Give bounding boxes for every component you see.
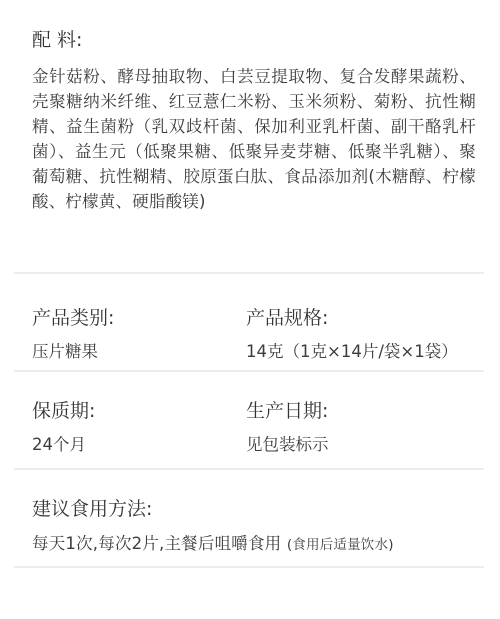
usage-text-row: 每天1次,每次2片,主餐后咀嚼食用 (食用后适量饮水)	[32, 531, 476, 558]
usage-text: 每天1次,每次2片,主餐后咀嚼食用	[32, 534, 281, 553]
spec-product-category: 产品类别: 压片糖果	[32, 306, 114, 364]
spec-label: 生产日期:	[246, 399, 329, 423]
ingredients-text: 金针菇粉、酵母抽取物、白芸豆提取物、复合发酵果蔬粉、壳聚糖纳米纤维、红豆薏仁米粉…	[32, 64, 476, 214]
divider	[14, 272, 484, 274]
spec-value: 见包装标示	[246, 433, 329, 457]
spec-production-date: 生产日期: 见包装标示	[246, 399, 329, 457]
spec-label: 产品类别:	[32, 306, 114, 330]
usage-note: (食用后适量饮水)	[287, 537, 394, 553]
spec-label: 产品规格:	[246, 306, 458, 330]
spec-value: 压片糖果	[32, 340, 114, 364]
spec-value: 24个月	[32, 433, 95, 457]
divider	[14, 370, 484, 372]
divider	[14, 566, 484, 568]
usage-section: 建议食用方法: 每天1次,每次2片,主餐后咀嚼食用 (食用后适量饮水)	[32, 497, 476, 558]
spec-value: 14克（1克×14片/袋×1袋）	[246, 340, 458, 364]
ingredients-heading: 配 料:	[32, 28, 476, 52]
divider	[14, 468, 484, 470]
spec-product-size: 产品规格: 14克（1克×14片/袋×1袋）	[246, 306, 458, 364]
usage-heading: 建议食用方法:	[32, 497, 476, 521]
spec-label: 保质期:	[32, 399, 95, 423]
spec-shelf-life: 保质期: 24个月	[32, 399, 95, 457]
ingredients-section: 配 料: 金针菇粉、酵母抽取物、白芸豆提取物、复合发酵果蔬粉、壳聚糖纳米纤维、红…	[32, 28, 476, 214]
